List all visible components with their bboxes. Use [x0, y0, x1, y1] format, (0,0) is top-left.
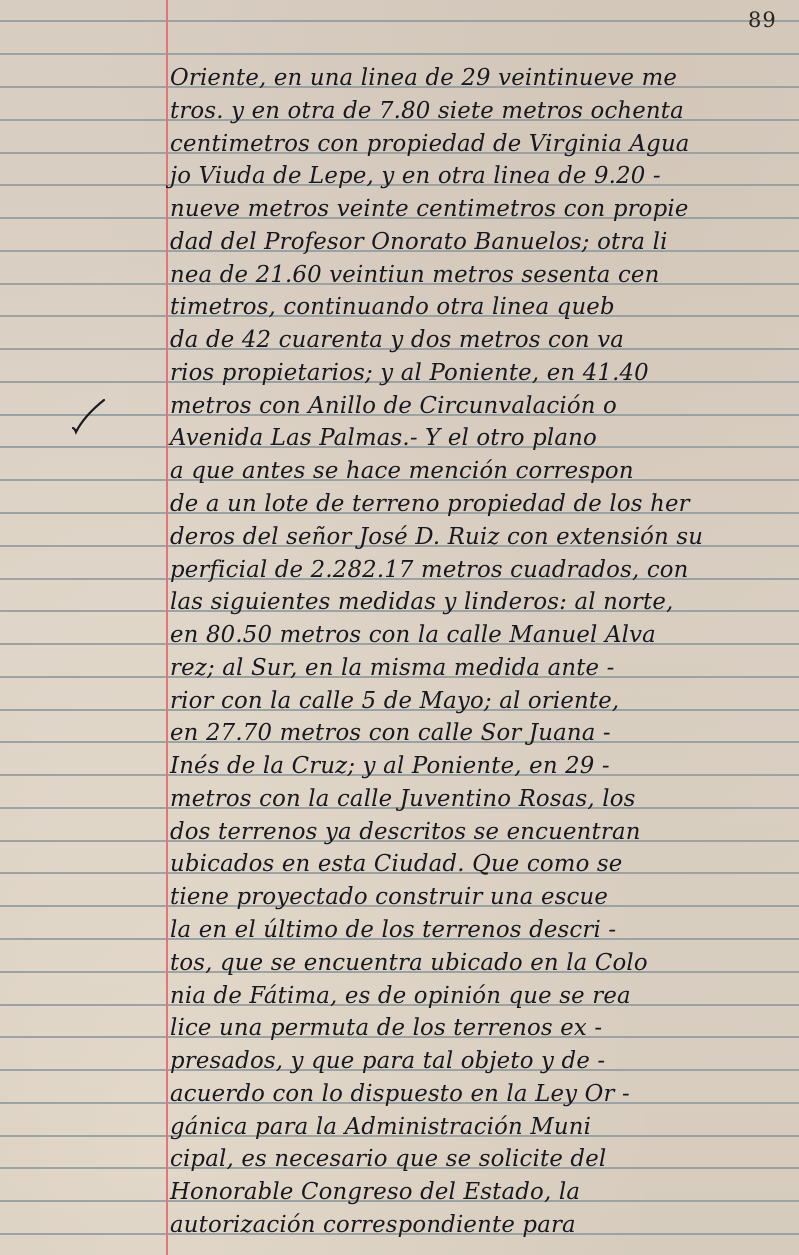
handwritten-line: jo Viuda de Lepe, y en otra linea de 9.2…: [170, 161, 790, 191]
handwritten-line: metros con Anillo de Circunvalación o: [170, 391, 790, 421]
handwritten-line: gánica para la Administración Muni: [170, 1112, 790, 1142]
handwritten-line: rez; al Sur, en la misma medida ante -: [170, 653, 790, 683]
handwritten-line: dos terrenos ya descritos se encuentran: [170, 817, 790, 847]
handwritten-line: Oriente, en una linea de 29 veintinueve …: [170, 63, 790, 93]
handwritten-line: perficial de 2.282.17 metros cuadrados, …: [170, 555, 790, 585]
handwritten-line: rios propietarios; y al Poniente, en 41.…: [170, 358, 790, 388]
handwritten-line: nueve metros veinte centimetros con prop…: [170, 194, 790, 224]
handwritten-line: tiene proyectado construir una escue: [170, 882, 790, 912]
handwritten-line: acuerdo con lo dispuesto en la Ley Or -: [170, 1079, 790, 1109]
handwritten-line: la en el último de los terrenos descri -: [170, 915, 790, 945]
handwritten-line: metros con la calle Juventino Rosas, los: [170, 784, 790, 814]
handwritten-line: autorización correspondiente para: [170, 1210, 790, 1240]
handwritten-line: Honorable Congreso del Estado, la: [170, 1177, 790, 1207]
handwritten-line: lice una permuta de los terrenos ex -: [170, 1013, 790, 1043]
handwritten-line: nea de 21.60 veintiun metros sesenta cen: [170, 260, 790, 290]
handwritten-line: tros. y en otra de 7.80 siete metros och…: [170, 96, 790, 126]
handwritten-line: tos, que se encuentra ubicado en la Colo: [170, 948, 790, 978]
handwritten-line: presados, y que para tal objeto y de -: [170, 1046, 790, 1076]
handwritten-line: rior con la calle 5 de Mayo; al oriente,: [170, 686, 790, 716]
handwritten-line: las siguientes medidas y linderos: al no…: [170, 587, 790, 617]
handwritten-line: da de 42 cuarenta y dos metros con va: [170, 325, 790, 355]
handwritten-line: dad del Profesor Onorato Banuelos; otra …: [170, 227, 790, 257]
handwritten-line: cipal, es necesario que se solicite del: [170, 1144, 790, 1174]
handwritten-line: en 27.70 metros con calle Sor Juana -: [170, 718, 790, 748]
handwritten-line: en 80.50 metros con la calle Manuel Alva: [170, 620, 790, 650]
handwritten-line: de a un lote de terreno propiedad de los…: [170, 489, 790, 519]
handwritten-line: deros del señor José D. Ruiz con extensi…: [170, 522, 790, 552]
handwritten-line: ubicados en esta Ciudad. Que como se: [170, 849, 790, 879]
handwritten-line: Inés de la Cruz; y al Poniente, en 29 -: [170, 751, 790, 781]
handwritten-line: Avenida Las Palmas.- Y el otro plano: [170, 423, 790, 453]
handwritten-line: timetros, continuando otra linea queb: [170, 292, 790, 322]
handwritten-text-block: Oriente, en una linea de 29 veintinueve …: [0, 0, 799, 1255]
handwritten-line: a que antes se hace mención correspon: [170, 456, 790, 486]
handwritten-line: nia de Fátima, es de opinión que se rea: [170, 981, 790, 1011]
handwritten-line: centimetros con propiedad de Virginia Ag…: [170, 129, 790, 159]
